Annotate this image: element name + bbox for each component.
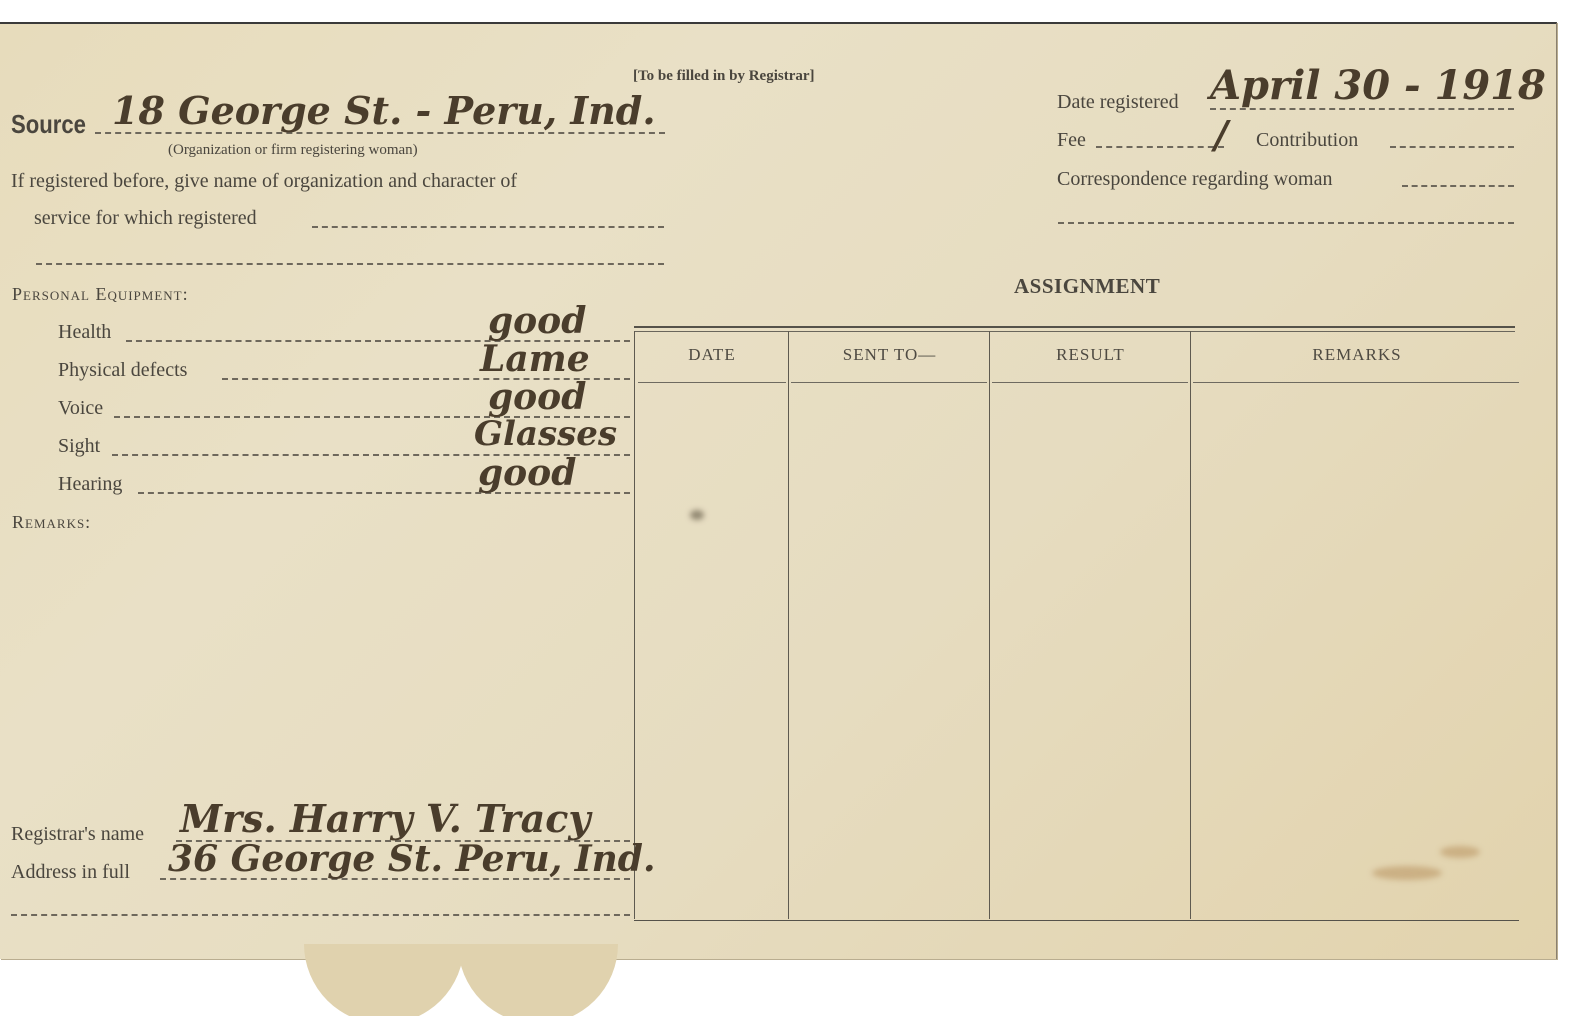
contribution-field[interactable]	[1390, 146, 1514, 148]
address-value[interactable]: 36 George St. Peru, Ind.	[168, 838, 656, 880]
card-tab-right	[458, 944, 618, 1016]
registrar-name-label: Registrar's name	[11, 823, 144, 846]
header-underline-date	[638, 382, 786, 383]
physical-defects-label: Physical defects	[58, 359, 187, 382]
assignment-title: ASSIGNMENT	[1014, 274, 1160, 299]
column-header-date: DATE	[636, 345, 788, 365]
fee-label: Fee	[1057, 129, 1086, 152]
previous-registration-line2: service for which registered	[34, 207, 257, 230]
registrar-name-value[interactable]: Mrs. Harry V. Tracy	[180, 796, 591, 841]
correspondence-field-2[interactable]	[1058, 222, 1514, 224]
voice-value[interactable]: good	[488, 376, 586, 418]
column-header-result: RESULT	[991, 345, 1190, 365]
card-tab-left	[304, 944, 464, 1016]
voice-label: Voice	[58, 397, 103, 420]
column-header-sent-to: SENT TO—	[790, 345, 989, 365]
fee-value[interactable]: /	[1214, 112, 1228, 157]
remarks-column-cells[interactable]	[1192, 386, 1518, 916]
address-label: Address in full	[11, 861, 130, 884]
contribution-label: Contribution	[1256, 129, 1358, 152]
previous-registration-field[interactable]	[312, 226, 664, 228]
previous-registration-line1: If registered before, give name of organ…	[11, 170, 517, 193]
hearing-value[interactable]: good	[478, 452, 576, 494]
ink-spot	[690, 510, 704, 520]
remarks-area[interactable]	[12, 545, 612, 795]
fee-line	[1096, 146, 1224, 148]
date-registered-label: Date registered	[1057, 91, 1179, 114]
sent-to-column-cells[interactable]	[790, 386, 989, 916]
source-value[interactable]: 18 George St. - Peru, Ind.	[112, 88, 656, 133]
header-underline-sent-to	[791, 382, 987, 383]
physical-defects-value[interactable]: Lame	[480, 338, 590, 380]
sight-label: Sight	[58, 435, 100, 458]
correspondence-label: Correspondence regarding woman	[1057, 168, 1332, 191]
table-top-rule-inner	[634, 331, 1515, 332]
date-registered-value[interactable]: April 30 - 1918	[1210, 62, 1546, 109]
health-value[interactable]: good	[488, 300, 586, 342]
remarks-heading: Remarks:	[12, 512, 91, 533]
source-label: Source	[11, 109, 86, 140]
column-header-remarks: REMARKS	[1192, 345, 1522, 365]
header-underline-remarks	[1193, 382, 1519, 383]
date-column-cells[interactable]	[636, 386, 788, 916]
sight-value[interactable]: Glasses	[474, 414, 617, 454]
health-label: Health	[58, 321, 111, 344]
table-divider-1	[788, 331, 789, 919]
table-divider-3	[1190, 331, 1191, 919]
table-bottom-rule	[634, 920, 1519, 921]
water-stain	[1440, 846, 1480, 858]
table-divider-2	[989, 331, 990, 919]
previous-registration-field-2[interactable]	[36, 263, 664, 265]
hearing-label: Hearing	[58, 473, 122, 496]
source-caption: (Organization or firm registering woman)	[168, 142, 418, 159]
table-top-rule	[634, 326, 1515, 328]
registrar-note: [To be filled in by Registrar]	[633, 68, 815, 85]
correspondence-field[interactable]	[1402, 185, 1514, 187]
header-underline-result	[992, 382, 1188, 383]
address-field-2[interactable]	[11, 914, 630, 916]
result-column-cells[interactable]	[991, 386, 1190, 916]
personal-equipment-heading: Personal Equipment:	[12, 284, 189, 305]
table-border-left	[634, 331, 635, 919]
water-stain	[1372, 866, 1442, 880]
